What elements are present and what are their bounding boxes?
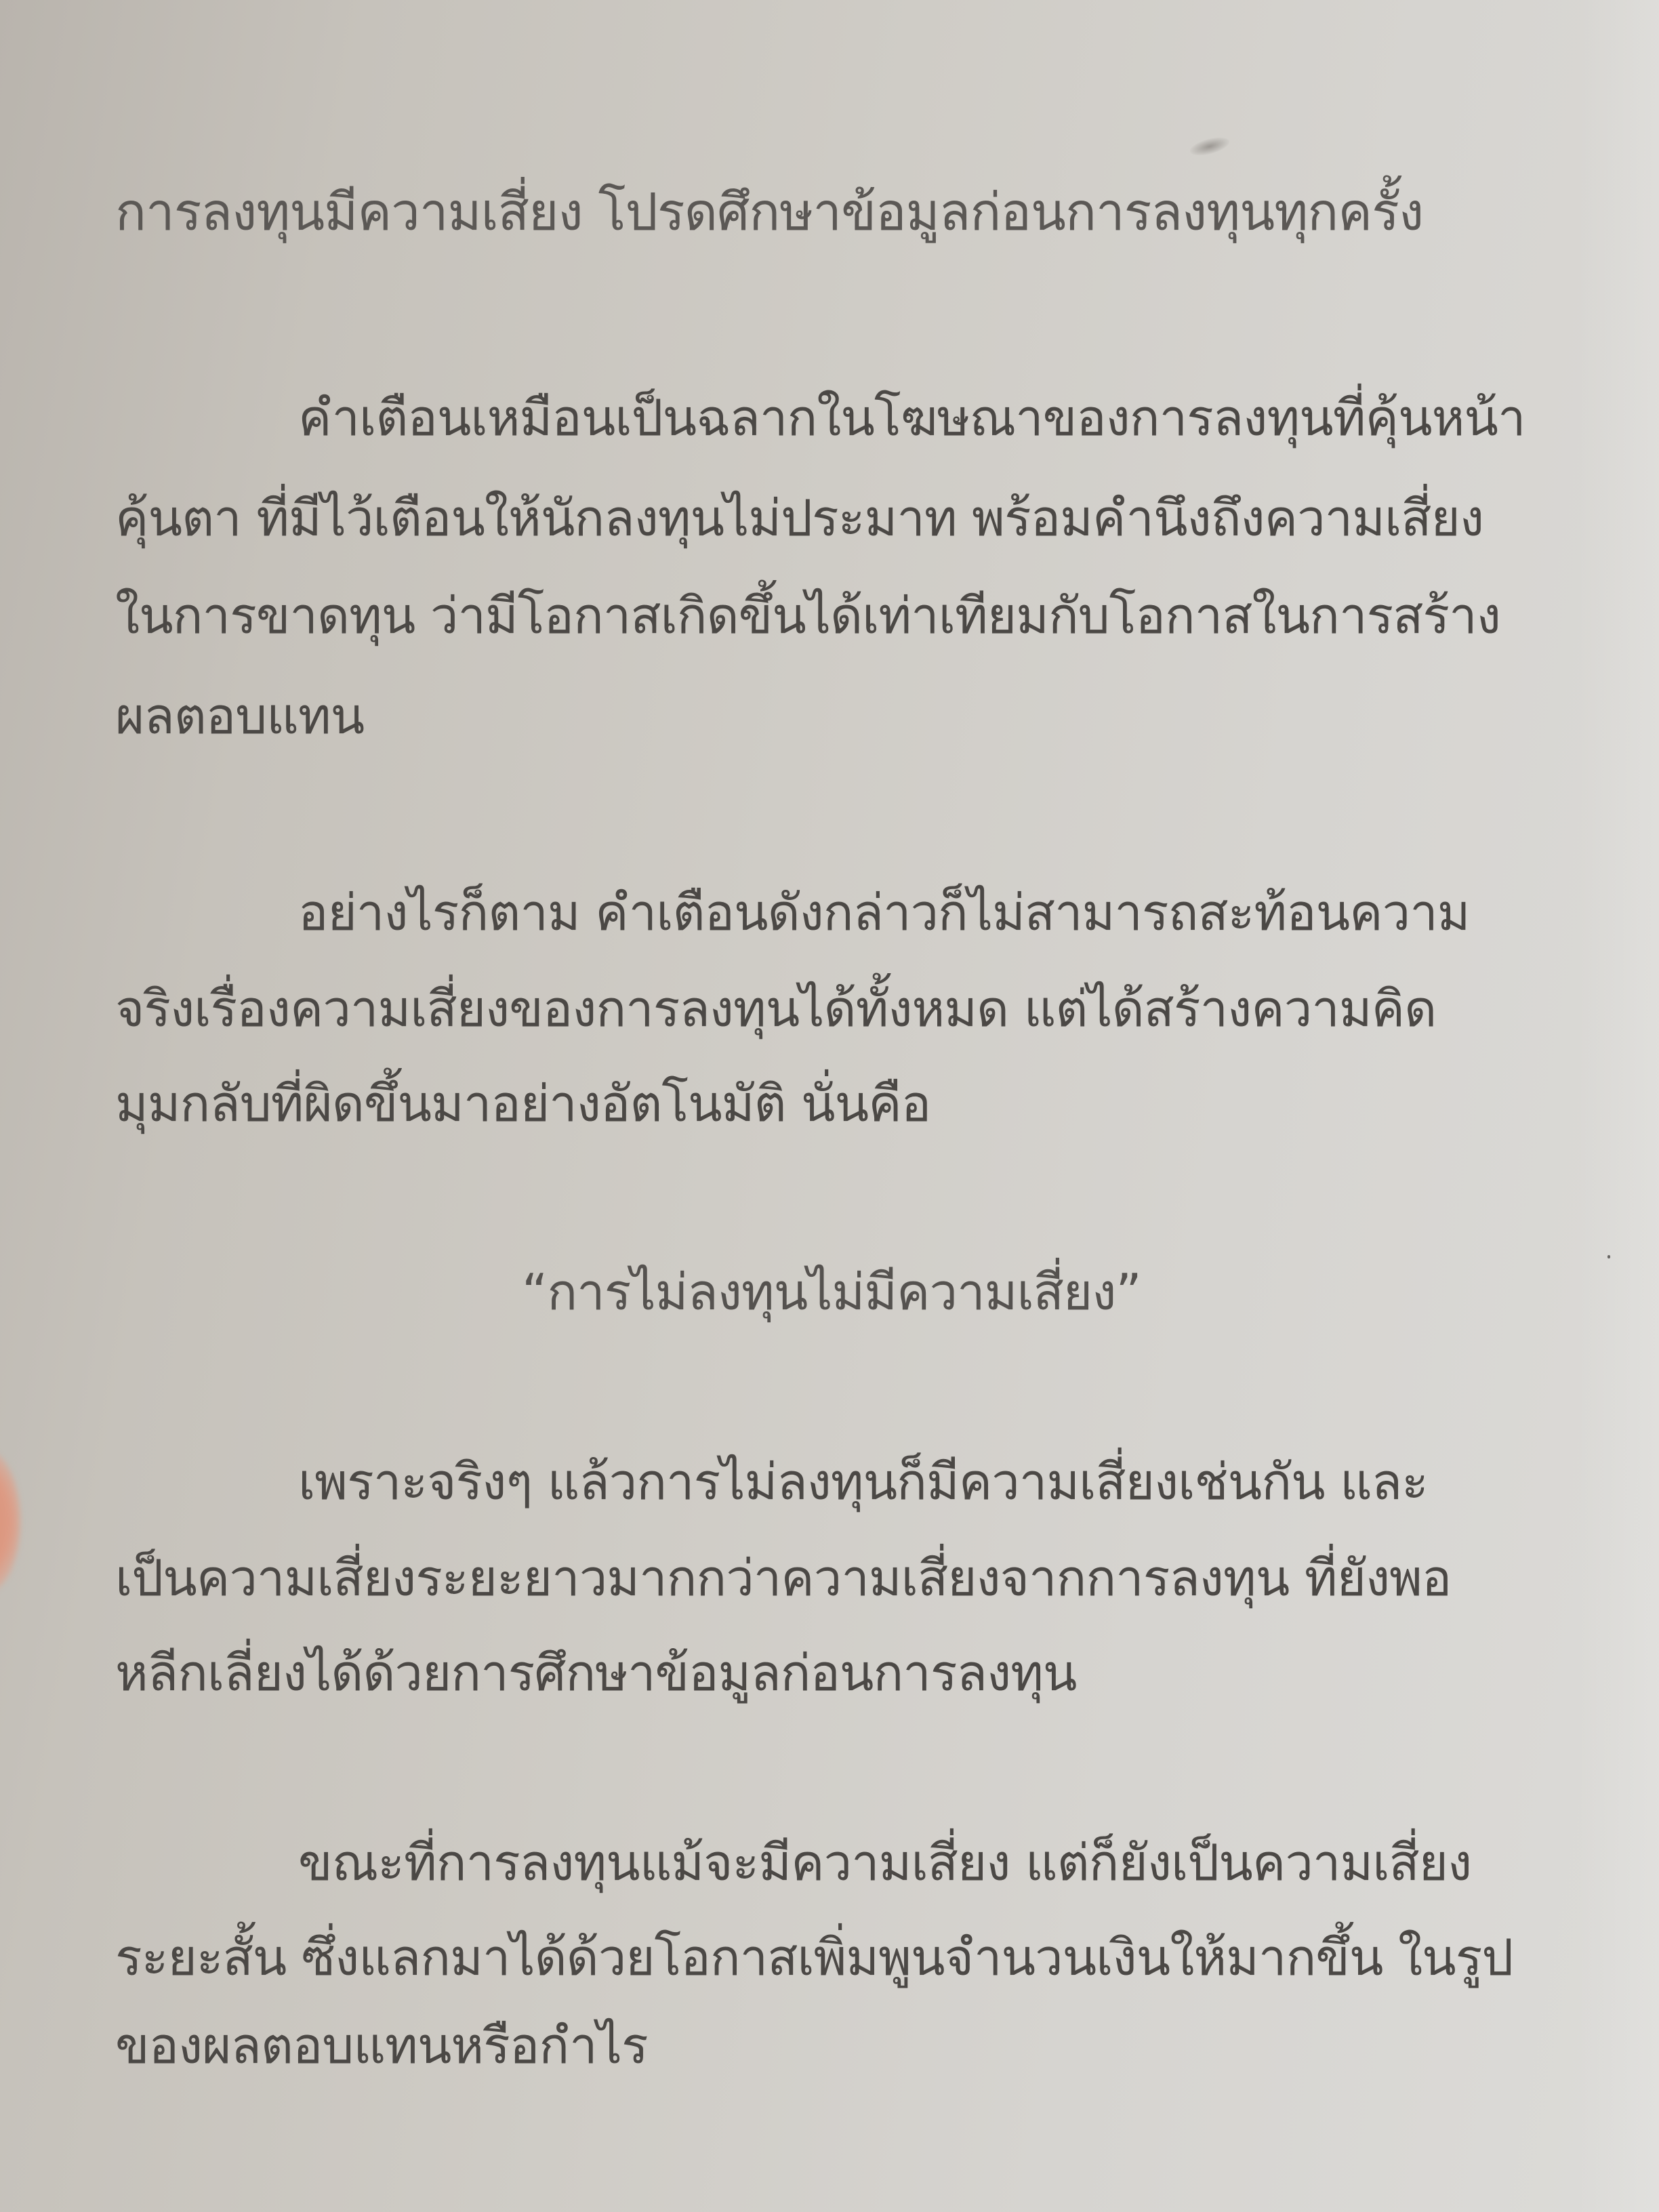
paragraph-1-line-3: ในการขาดทุน ว่ามีโอกาสเกิดขึ้นได้เท่าเที… [115,591,1500,641]
lighting-gradient [1578,0,1659,2212]
paragraph-3-line-2: เป็นความเสี่ยงระยะยาวมากกว่าความเสี่ยงจา… [115,1553,1451,1603]
paragraph-4-line-3: ของผลตอบแทนหรือกำไร [115,2021,648,2071]
paragraph-2-line-3: มุมกลับที่ผิดขึ้นมาอย่างอัตโนมัติ นั่นคื… [115,1079,930,1129]
pull-quote: “การไม่ลงทุนไม่มีความเสี่ยง” [522,1267,1141,1317]
paragraph-4-line-1: ขณะที่การลงทุนแม้จะมีความเสี่ยง แต่ก็ยัง… [298,1838,1471,1888]
document-page: การลงทุนมีความเสี่ยง โปรดศึกษาข้อมูลก่อน… [0,0,1659,2212]
paragraph-1-line-1: คำเตือนเหมือนเป็นฉลากในโฆษณาของการลงทุนท… [298,393,1525,443]
paragraph-3-line-1: เพราะจริงๆ แล้วการไม่ลงทุนก็มีความเสี่ยง… [298,1457,1428,1507]
paragraph-2-line-2: จริงเรื่องความเสี่ยงของการลงทุนได้ทั้งหม… [115,984,1436,1034]
paragraph-3-line-3: หลีกเลี่ยงได้ด้วยการศึกษาข้อมูลก่อนการลง… [115,1648,1076,1698]
paragraph-1-line-2: คุ้นตา ที่มีไว้เตือนให้นักลงทุนไม่ประมาท… [115,493,1483,544]
paragraph-4-line-2: ระยะสั้น ซึ่งแลกมาได้ด้วยโอกาสเพิ่มพูนจำ… [115,1933,1513,1983]
paper-smudge [1188,134,1231,159]
paragraph-2-line-1: อย่างไรก็ตาม คำเตือนดังกล่าวก็ไม่สามารถส… [298,888,1470,938]
finger-edge [0,1450,20,1593]
paragraph-1-line-4: ผลตอบแทน [115,691,364,741]
document-title: การลงทุนมีความเสี่ยง โปรดศึกษาข้อมูลก่อน… [115,186,1423,238]
